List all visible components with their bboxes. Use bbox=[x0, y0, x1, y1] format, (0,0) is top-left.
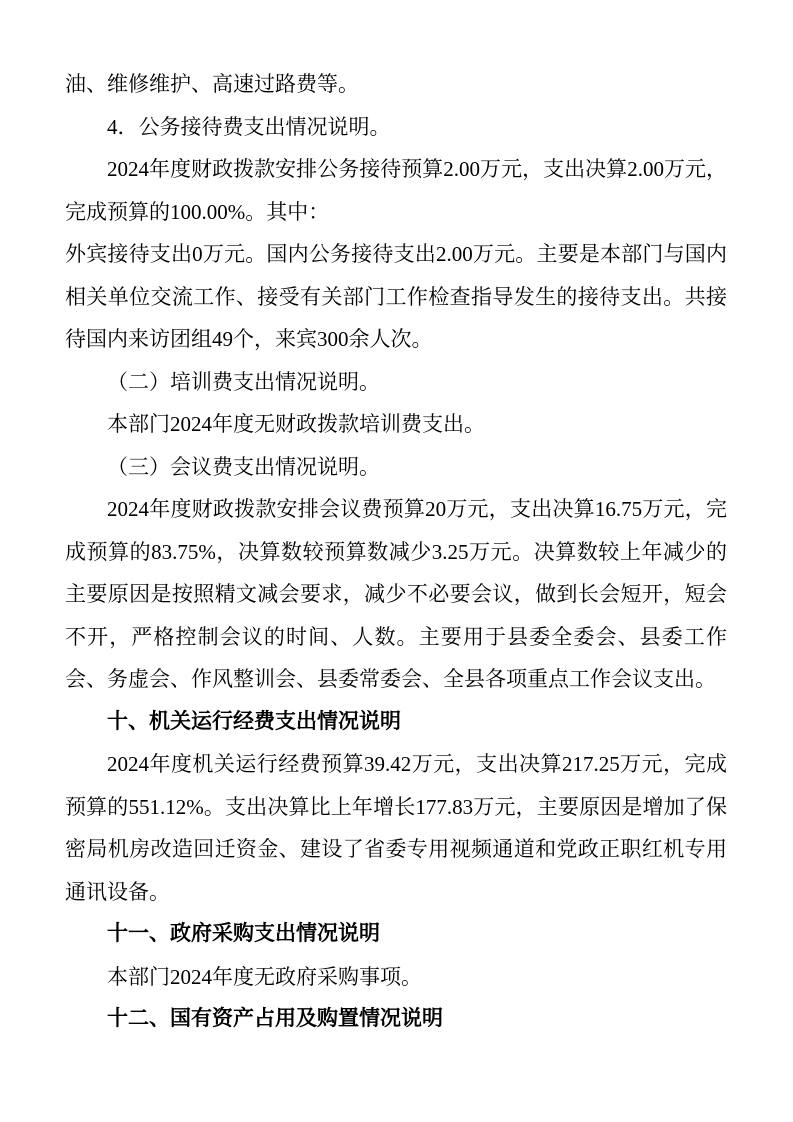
section-heading: 十一、政府采购支出情况说明 bbox=[65, 913, 727, 956]
body-paragraph: 2024年度财政拨款安排公务接待预算2.00万元，支出决算2.00万元，完成预算… bbox=[65, 148, 727, 233]
body-paragraph: 2024年度机关运行经费预算39.42万元，支出决算217.25万元，完成预算的… bbox=[65, 743, 727, 913]
body-paragraph: （三）会议费支出情况说明。 bbox=[65, 446, 727, 489]
body-paragraph: 2024年度财政拨款安排会议费预算20万元，支出决算16.75万元，完成预算的8… bbox=[65, 488, 727, 701]
body-paragraph: 油、维修维护、高速过路费等。 bbox=[65, 63, 727, 106]
body-paragraph: 外宾接待支出0万元。国内公务接待支出2.00万元。主要是本部门与国内相关单位交流… bbox=[65, 233, 727, 361]
body-paragraph: 4．公务接待费支出情况说明。 bbox=[65, 106, 727, 149]
body-paragraph: （二）培训费支出情况说明。 bbox=[65, 361, 727, 404]
section-heading: 十二、国有资产占用及购置情况说明 bbox=[65, 998, 727, 1041]
document-page: 油、维修维护、高速过路费等。4．公务接待费支出情况说明。2024年度财政拨款安排… bbox=[0, 0, 793, 1122]
body-paragraph: 本部门2024年度无财政拨款培训费支出。 bbox=[65, 403, 727, 446]
section-heading: 十、机关运行经费支出情况说明 bbox=[65, 701, 727, 744]
body-paragraph: 本部门2024年度无政府采购事项。 bbox=[65, 956, 727, 999]
document-body: 油、维修维护、高速过路费等。4．公务接待费支出情况说明。2024年度财政拨款安排… bbox=[65, 63, 727, 1041]
